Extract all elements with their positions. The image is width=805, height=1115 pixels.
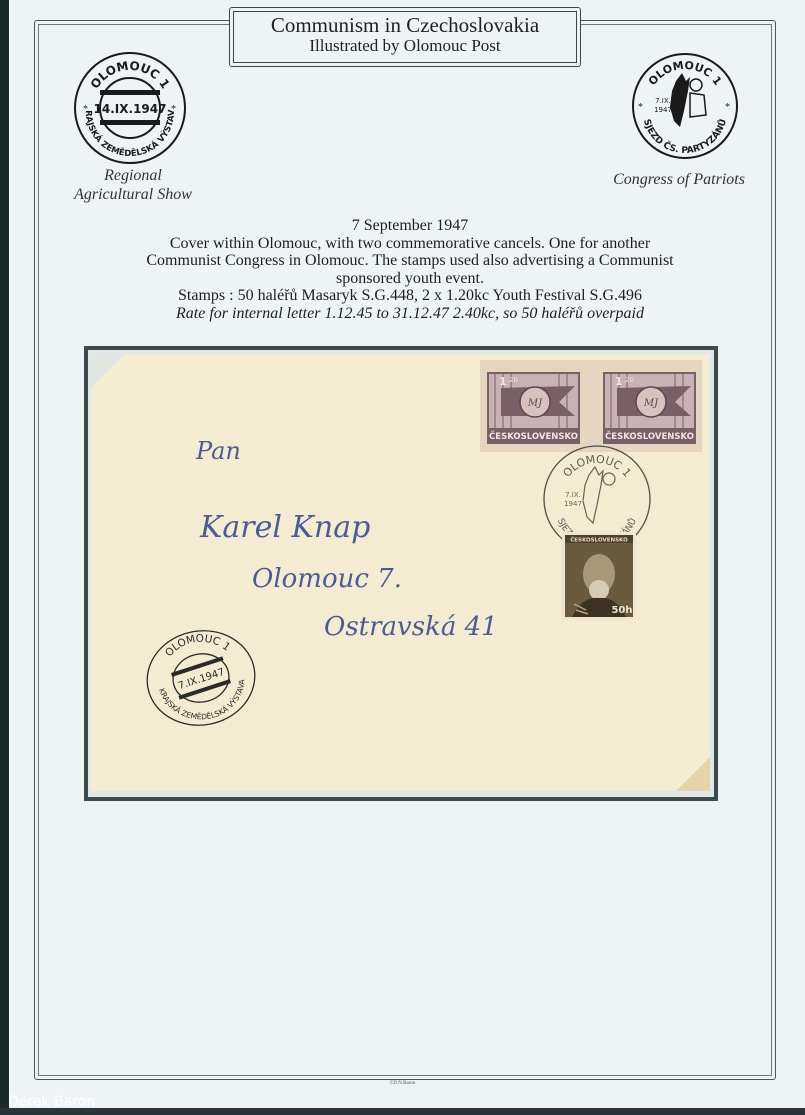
page-title: Communism in Czechoslovakia xyxy=(230,13,580,38)
address-street: Ostravská 41 xyxy=(324,612,498,642)
svg-text:ČESKOSLOVENSKO: ČESKOSLOVENSKO xyxy=(570,537,628,544)
svg-text:1947: 1947 xyxy=(564,500,582,508)
postmark-circular-icon: 14.IX.1947 OLOMOUC 1 KRAJSKÁ ZEMĚDĚLSKÁ … xyxy=(72,50,188,166)
svg-text:SJEZD ČS. PARTYZÁNŮ: SJEZD ČS. PARTYZÁNŮ xyxy=(641,117,729,156)
svg-text:1947: 1947 xyxy=(654,106,672,114)
right-cancel-caption: Congress of Patriots xyxy=(590,170,768,189)
mount-corner xyxy=(676,757,710,791)
address-city: Olomouc 7. xyxy=(252,564,402,594)
svg-text:1: 1 xyxy=(615,375,623,388)
rate-info: Rate for internal letter 1.12.45 to 31.1… xyxy=(60,305,760,323)
svg-text:7.IX.: 7.IX. xyxy=(565,491,581,499)
description-date: 7 September 1947 xyxy=(60,217,760,235)
svg-text:1: 1 xyxy=(499,375,507,388)
youth-festival-stamp: MJ 1 20 ČESKOSLOVENSKO xyxy=(603,372,696,444)
cover-postmark-circular-icon: 7.IX.1947 OLOMOUC 1 KRAJSKÁ ZEMĚDĚLSKÁ V… xyxy=(144,628,258,728)
svg-text:20: 20 xyxy=(625,376,634,384)
masaryk-stamp: ČESKOSLOVENSKO 50h xyxy=(562,532,636,620)
svg-text:OLOMOUC 1: OLOMOUC 1 xyxy=(88,59,173,92)
svg-text:OLOMOUC 1: OLOMOUC 1 xyxy=(163,633,232,660)
svg-text:*: * xyxy=(83,104,88,115)
mount-corner xyxy=(91,354,125,388)
svg-text:OLOMOUC 1: OLOMOUC 1 xyxy=(560,453,633,480)
address-name: Karel Knap xyxy=(200,510,370,545)
title-box: Communism in Czechoslovakia Illustrated … xyxy=(229,7,581,67)
page-subtitle: Illustrated by Olomouc Post xyxy=(230,36,580,56)
svg-text:ČESKOSLOVENSKO: ČESKOSLOVENSKO xyxy=(605,430,694,442)
left-edge-strip xyxy=(0,0,9,1115)
svg-text:MJ: MJ xyxy=(643,398,659,409)
svg-text:20: 20 xyxy=(509,376,518,384)
postmark-partisan-icon: 7.IX. 1947 OLOMOUC 1 SJEZD ČS. PARTYZÁNŮ… xyxy=(630,51,740,161)
svg-text:50h: 50h xyxy=(611,605,632,616)
svg-text:7.IX.: 7.IX. xyxy=(655,97,671,105)
address-salutation: Pan xyxy=(196,437,241,465)
svg-text:14.IX.1947: 14.IX.1947 xyxy=(94,102,167,116)
watermark: Derek Baron xyxy=(8,1094,95,1110)
stamps-info: Stamps : 50 haléřů Masaryk S.G.448, 2 x … xyxy=(60,287,760,305)
left-cancel-caption: Regional Agricultural Show xyxy=(58,166,208,204)
svg-text:MJ: MJ xyxy=(527,398,543,409)
bottom-edge-strip xyxy=(0,1108,805,1115)
youth-festival-stamp: MJ 1 20 ČESKOSLOVENSKO xyxy=(487,372,580,444)
copyright-notice: ©D.N.Baron xyxy=(0,1081,805,1086)
description: 7 September 1947 Cover within Olomouc, w… xyxy=(60,217,760,322)
svg-text:*: * xyxy=(171,104,176,115)
svg-text:*: * xyxy=(638,102,643,113)
svg-text:ČESKOSLOVENSKO: ČESKOSLOVENSKO xyxy=(489,430,578,442)
svg-text:*: * xyxy=(725,102,730,113)
